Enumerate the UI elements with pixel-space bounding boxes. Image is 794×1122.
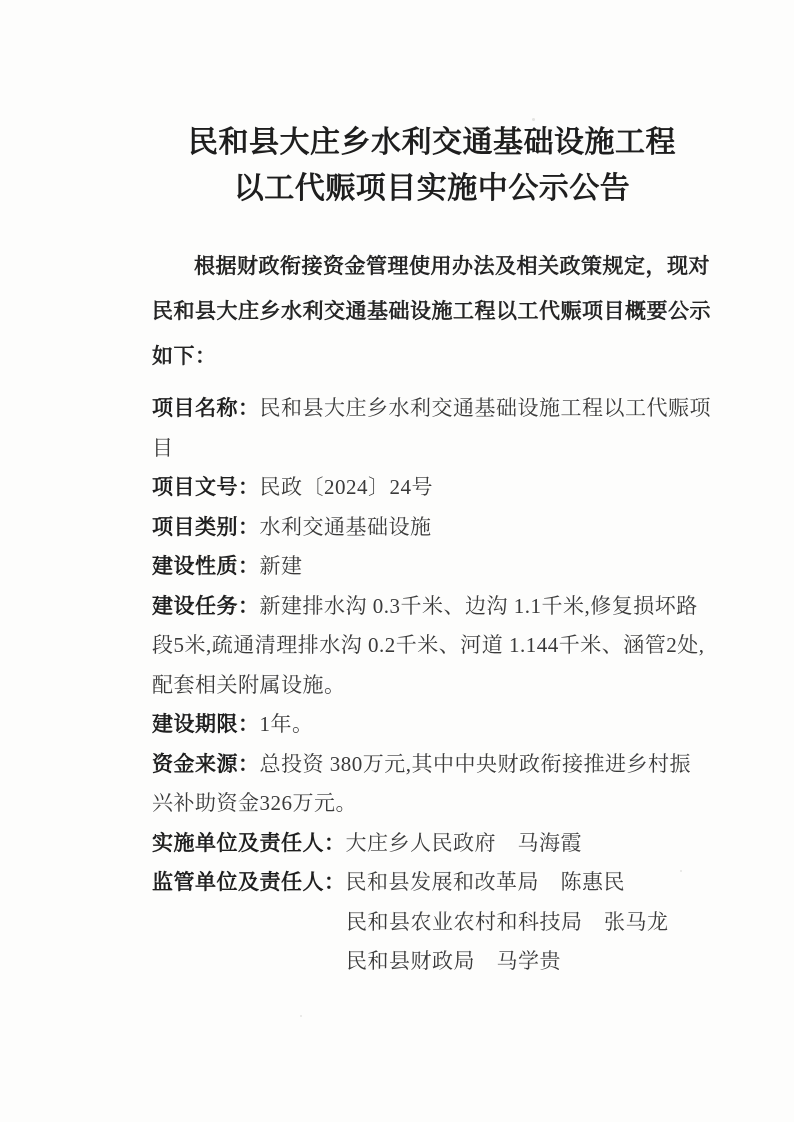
field-supervising-unit: 监管单位及责任人：民和县发展和改革局 陈惠民 [152, 863, 712, 903]
field-value: 新建 [260, 554, 303, 578]
scan-noise-speck [300, 1015, 302, 1017]
scanned-notice-page: 民和县大庄乡水利交通基础设施工程 以工代赈项目实施中公示公告 根据财政衔接资金管… [0, 0, 794, 1122]
field-label: 实施单位及责任人： [152, 832, 346, 855]
notice-intro-paragraph: 根据财政衔接资金管理使用办法及相关政策规定，现对民和县大庄乡水利交通基础设施工程… [152, 244, 712, 379]
field-construction-tasks: 建设任务：新建排水沟 0.3千米、边沟 1.1千米,修复损坏路段5米,疏通清理排… [152, 587, 712, 706]
field-construction-period: 建设期限：1年。 [152, 705, 712, 745]
field-implementing-unit: 实施单位及责任人：大庄乡人民政府 马海霞 [152, 824, 712, 864]
field-label: 监管单位及责任人： [152, 871, 346, 894]
field-value: 民和县财政局 马学贵 [346, 949, 561, 973]
notice-fields: 项目名称：民和县大庄乡水利交通基础设施工程以工代赈项目 项目文号：民政〔2024… [152, 389, 712, 982]
field-label: 建设任务： [152, 595, 260, 618]
field-project-category: 项目类别：水利交通基础设施 [152, 508, 712, 548]
notice-content: 民和县大庄乡水利交通基础设施工程 以工代赈项目实施中公示公告 根据财政衔接资金管… [152, 0, 712, 982]
field-value: 民和县发展和改革局 陈惠民 [346, 870, 626, 894]
field-label: 项目文号： [152, 476, 260, 499]
field-value: 水利交通基础设施 [260, 515, 432, 539]
field-label: 建设期限： [152, 713, 260, 736]
notice-title-line1: 民和县大庄乡水利交通基础设施工程 [152, 120, 712, 166]
field-label: 项目类别： [152, 516, 260, 539]
field-value: 大庄乡人民政府 马海霞 [346, 831, 583, 855]
field-document-number: 项目文号：民政〔2024〕24号 [152, 468, 712, 508]
field-label: 资金来源： [152, 753, 260, 776]
field-value: 1年。 [260, 712, 314, 736]
field-label: 建设性质： [152, 555, 260, 578]
notice-title-line2: 以工代赈项目实施中公示公告 [152, 166, 712, 212]
supervisor-continuation-row: 民和县农业农村和科技局 张马龙 [346, 903, 712, 943]
field-label: 项目名称： [152, 397, 260, 420]
field-value: 民和县农业农村和科技局 张马龙 [346, 910, 669, 934]
field-project-name: 项目名称：民和县大庄乡水利交通基础设施工程以工代赈项目 [152, 389, 712, 468]
field-value: 民政〔2024〕24号 [260, 475, 434, 499]
supervisor-continuation-row: 民和县财政局 马学贵 [346, 942, 712, 982]
field-construction-nature: 建设性质：新建 [152, 547, 712, 587]
field-funding-source: 资金来源：总投资 380万元,其中中央财政衔接推进乡村振兴补助资金326万元。 [152, 745, 712, 824]
